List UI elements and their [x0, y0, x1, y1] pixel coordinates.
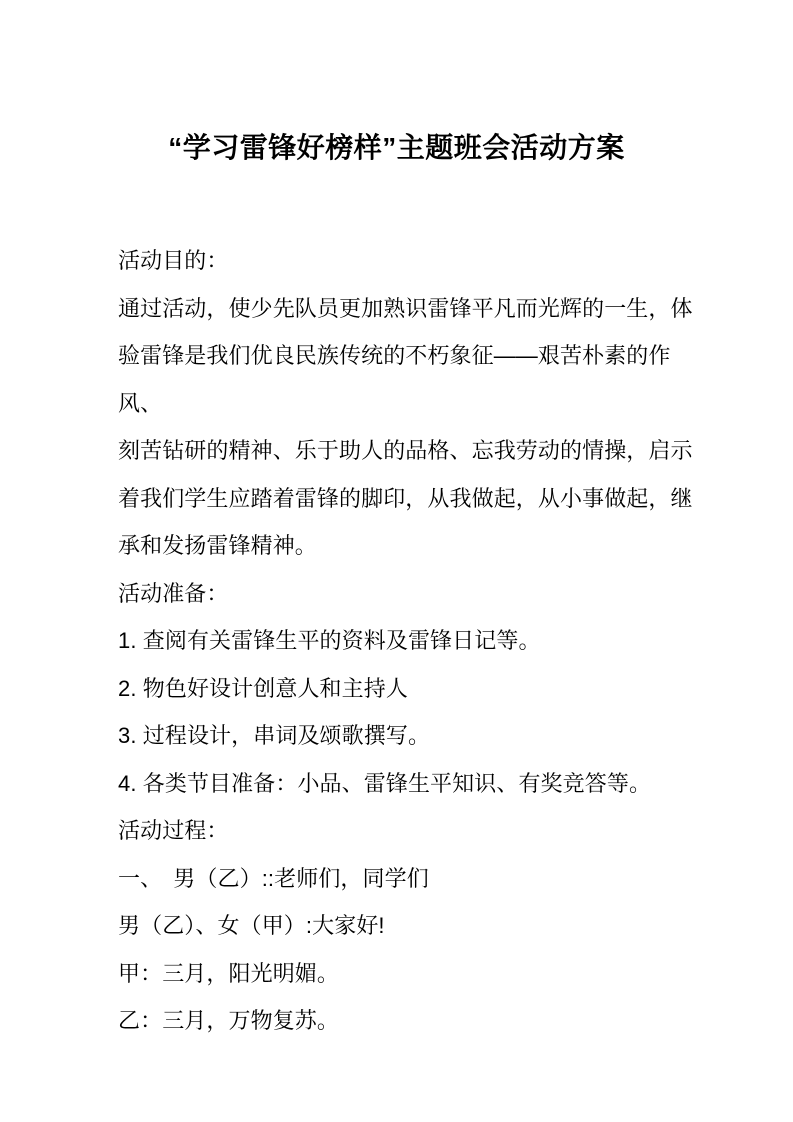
- text-line: 一、 男（乙）::老师们，同学们: [118, 855, 705, 903]
- text-line: 验雷锋是我们优良民族传统的不朽象征——艰苦朴素的作风、: [118, 332, 705, 427]
- text-line: 甲：三月，阳光明媚。: [118, 950, 705, 998]
- text-line: 乙：三月，万物复苏。: [118, 997, 705, 1045]
- text-line: 男（乙）、女（甲）:大家好!: [118, 902, 705, 950]
- document-body: 活动目的：通过活动，使少先队员更加熟识雷锋平凡而光辉的一生，体验雷锋是我们优良民…: [118, 237, 705, 1045]
- text-line: 活动准备：: [118, 570, 705, 618]
- text-line: 活动过程：: [118, 807, 705, 855]
- text-line: 承和发扬雷锋精神。: [118, 522, 705, 570]
- text-line: 2. 物色好设计创意人和主持人: [118, 665, 705, 713]
- text-line: 3. 过程设计，串词及颂歌撰写。: [118, 712, 705, 760]
- document-title: “学习雷锋好榜样”主题班会活动方案: [0, 128, 793, 168]
- text-line: 4. 各类节目准备：小品、雷锋生平知识、有奖竞答等。: [118, 760, 705, 808]
- document-page: “学习雷锋好榜样”主题班会活动方案 活动目的：通过活动，使少先队员更加熟识雷锋平…: [0, 0, 793, 1122]
- text-line: 1. 查阅有关雷锋生平的资料及雷锋日记等。: [118, 617, 705, 665]
- text-line: 着我们学生应踏着雷锋的脚印，从我做起，从小事做起，继: [118, 475, 705, 523]
- text-line: 活动目的：: [118, 237, 705, 285]
- text-line: 刻苦钻研的精神、乐于助人的品格、忘我劳动的情操，启示: [118, 427, 705, 475]
- text-line: 通过活动，使少先队员更加熟识雷锋平凡而光辉的一生，体: [118, 285, 705, 333]
